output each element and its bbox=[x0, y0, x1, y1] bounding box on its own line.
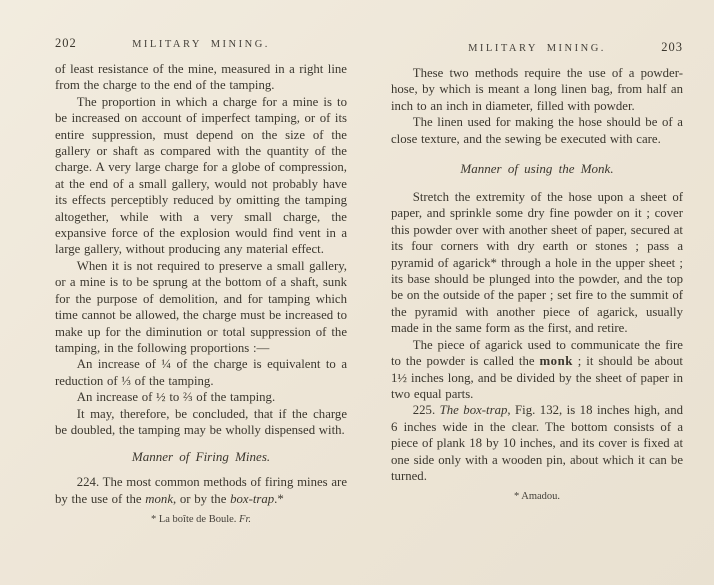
right-running-title: MILITARY MINING. bbox=[431, 43, 643, 54]
right-page: MILITARY MINING. 203 These two methods r… bbox=[391, 0, 683, 513]
left-running-title: MILITARY MINING. bbox=[95, 39, 307, 50]
left-page-header: 202 MILITARY MINING. bbox=[55, 36, 347, 51]
paragraph: The proportion in which a charge for a m… bbox=[55, 94, 347, 258]
paragraph-proportion-1: An increase of ¼ of the charge is equiva… bbox=[55, 356, 347, 389]
paragraph: of least resistance of the mine, measure… bbox=[55, 61, 347, 94]
paragraph-monk-definition: The piece of agarick used to communicate… bbox=[391, 337, 683, 403]
term-monk: monk bbox=[540, 354, 573, 368]
book-spread: { "meta": { "description": "Two-page sca… bbox=[0, 0, 714, 585]
paragraph-224-text: , or by the bbox=[173, 492, 230, 506]
term-the-box-trap: The box-trap bbox=[440, 403, 508, 417]
term-monk: monk bbox=[145, 492, 173, 506]
right-page-header: MILITARY MINING. 203 bbox=[391, 40, 683, 55]
paragraph: When it is not required to preserve a sm… bbox=[55, 258, 347, 356]
left-page: 202 MILITARY MINING. of least resistance… bbox=[55, 0, 347, 536]
paragraph-proportion-2: An increase of ½ to ⅔ of the tamping. bbox=[55, 389, 347, 405]
section-heading-using-the-monk: Manner of using the Monk. bbox=[391, 161, 683, 177]
paragraph-224-text: .* bbox=[274, 492, 284, 506]
right-footnote: * Amadou. bbox=[391, 491, 683, 502]
footnote-text: * La boîte de Boule. bbox=[151, 514, 239, 525]
paragraph: The linen used for making the hose shoul… bbox=[391, 114, 683, 147]
right-page-number: 203 bbox=[643, 40, 683, 55]
footnote-language-label: Fr. bbox=[239, 514, 251, 525]
paragraph: It may, therefore, be concluded, that if… bbox=[55, 406, 347, 439]
left-page-number: 202 bbox=[55, 36, 95, 51]
paragraph-224: 224. The most common methods of firing m… bbox=[55, 474, 347, 507]
paragraph: These two methods require the use of a p… bbox=[391, 65, 683, 114]
paragraph-225: 225. The box-trap, Fig. 132, is 18 inche… bbox=[391, 402, 683, 484]
paragraph-225-number: 225. bbox=[413, 403, 440, 417]
left-footnote: * La boîte de Boule. Fr. bbox=[55, 514, 347, 525]
term-box-trap: box-trap bbox=[230, 492, 274, 506]
section-heading-firing-mines: Manner of Firing Mines. bbox=[55, 449, 347, 465]
paragraph: Stretch the extremity of the hose upon a… bbox=[391, 189, 683, 337]
